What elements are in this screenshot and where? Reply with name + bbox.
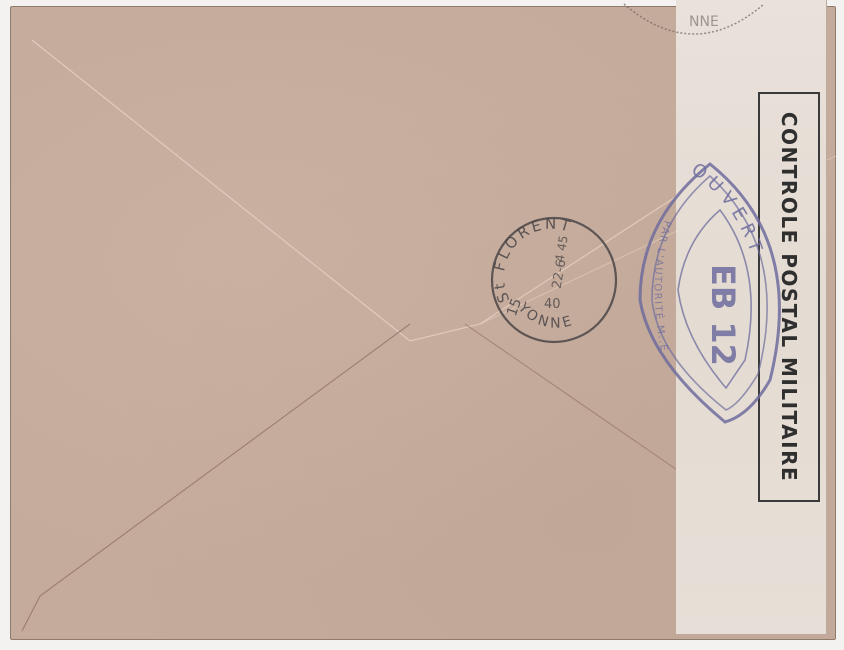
svg-text:OUVERT: OUVERT: [687, 160, 768, 260]
svg-text:40: 40: [544, 297, 561, 312]
svg-text:EB 12: EB 12: [704, 264, 742, 366]
top-partial-postmark: NNE: [614, 0, 774, 44]
svg-text:NNE: NNE: [689, 14, 719, 30]
svg-text:22-6: 22-6: [550, 258, 570, 290]
censor-stamp-ouvert: OUVERT PAR L'AUTORITÉ M..E EB 12: [630, 160, 790, 430]
svg-text:PAR L'AUTORITÉ M..E: PAR L'AUTORITÉ M..E: [652, 219, 673, 353]
postmark-st-florentin: St FLORENT YONNE 15 4 45 22-6 40: [488, 208, 620, 348]
envelope-scan: CONTROLE POSTAL MILITAIRE NNE St FLORENT…: [0, 0, 844, 650]
